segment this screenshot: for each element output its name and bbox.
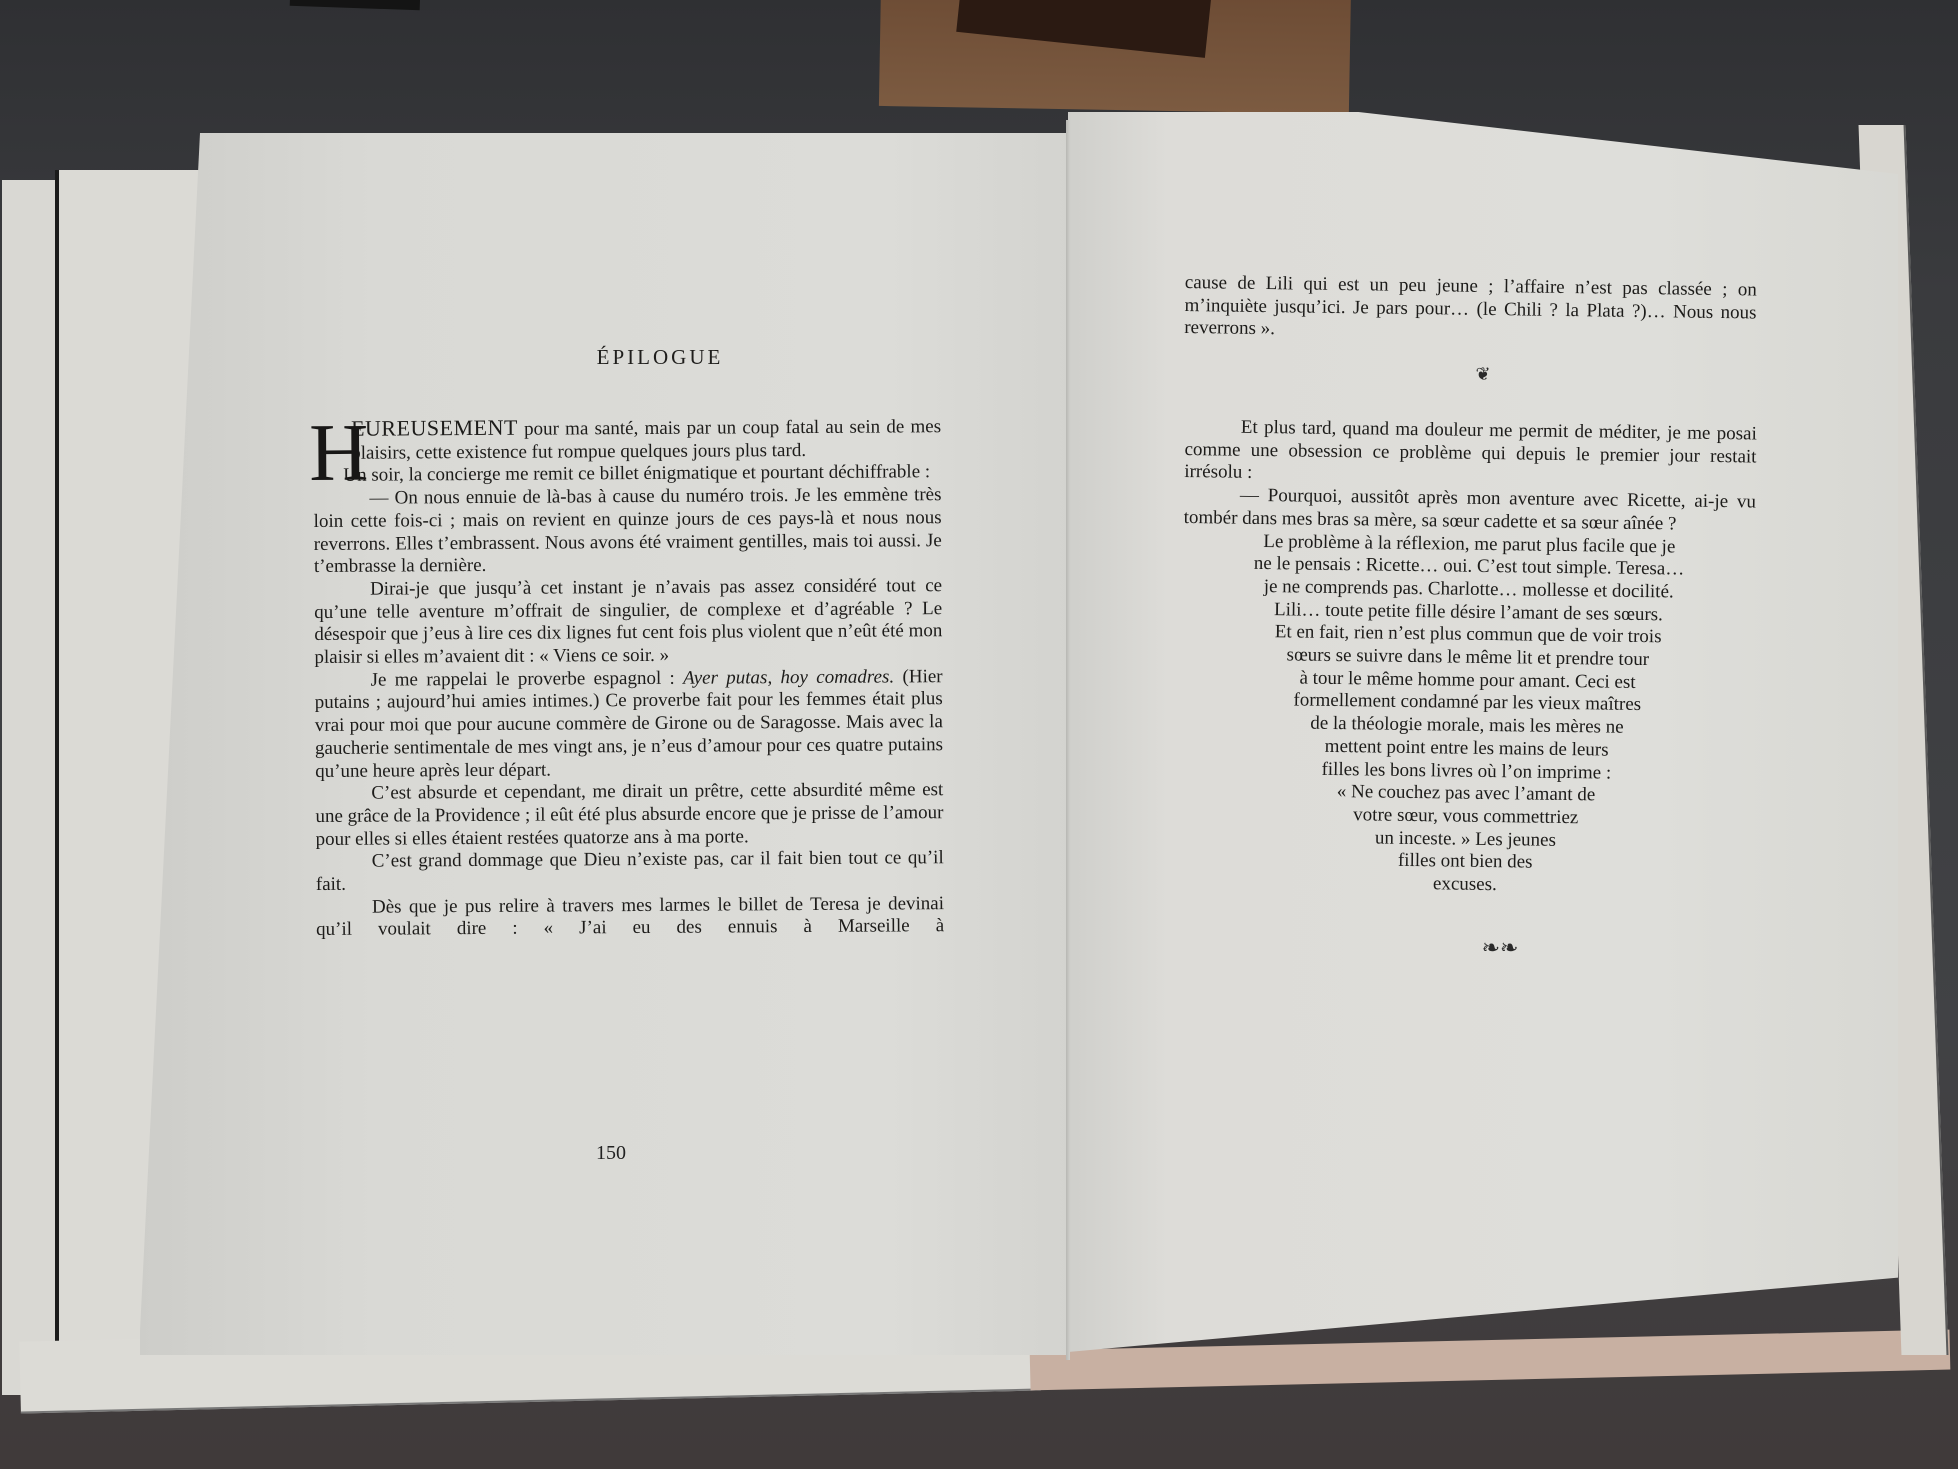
paragraph: Je me rappelai le proverbe espagnol : Ay… [315, 666, 944, 783]
end-ornament-icon: ❧❧ [1478, 935, 1522, 961]
chapter-title: ÉPILOGUE [560, 345, 760, 370]
right-page-text: cause de Lili qui est un peu jeune ; l’a… [1184, 272, 1757, 348]
paragraph: Dès que je pus relire à travers mes larm… [316, 893, 944, 942]
drop-cap: H [309, 420, 369, 486]
book-gutter [1066, 120, 1070, 1360]
fleuron-ornament-icon: ❦ [1468, 364, 1498, 385]
paragraph-text: Je me rappelai le proverbe espagnol : [371, 667, 684, 690]
page-number: 150 [596, 1142, 626, 1165]
spanish-proverb: Ayer putas, hoy comadres. [683, 666, 894, 688]
cul-de-lampe-text: Le problème à la réflexion, me parut plu… [1179, 530, 1756, 901]
paragraph: Et plus tard, quand ma douleur me permit… [1184, 416, 1757, 492]
paragraph: — Pourquoi, aussitôt après mon aventure … [1184, 484, 1757, 537]
paragraph: C’est grand dommage que Dieu n’existe pa… [316, 848, 944, 897]
right-page-text-continued: Et plus tard, quand ma douleur me permit… [1179, 416, 1757, 900]
opening-paragraph: H EUREUSEMENT pour ma santé, mais par un… [313, 414, 941, 465]
left-page-text: H EUREUSEMENT pour ma santé, mais par un… [313, 414, 944, 942]
paragraph: Dirai-je que jusqu’à cet instant je n’av… [314, 575, 943, 670]
paragraph: cause de Lili qui est un peu jeune ; l’a… [1184, 272, 1757, 348]
paragraph: C’est absurde et cependant, me dirait un… [315, 779, 943, 851]
opening-smallcaps: EUREUSEMENT [351, 415, 518, 441]
paragraph: — On nous ennuie de là-bas à cause du nu… [313, 484, 942, 579]
